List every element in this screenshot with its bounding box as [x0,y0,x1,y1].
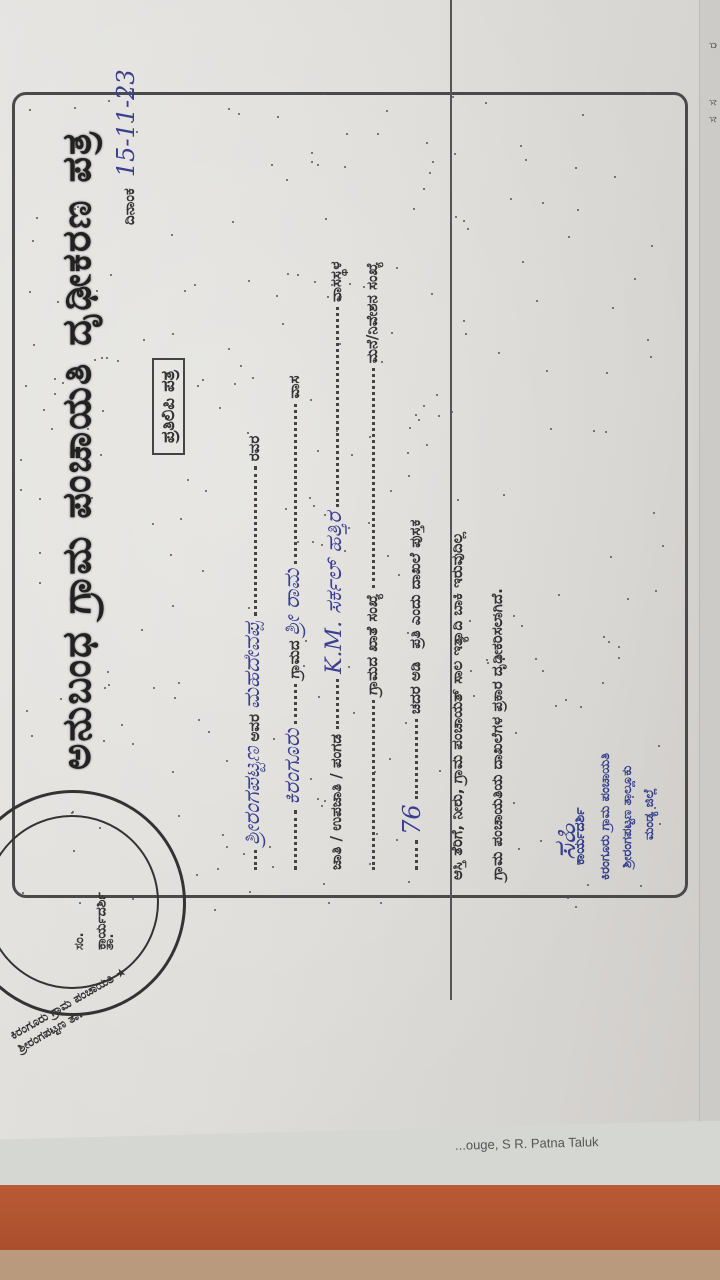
field-3-suffix: ವಾಸಸ್ಥಳ [327,261,345,302]
field-row-2: ಕಿರಂಗೂರು ಗ್ರಾಮದ ಶ್ರೀ ರಾಮ ವಾಸ [280,376,305,870]
field-2-suffix: ವಾಸ [285,376,303,399]
field-row-4: ಗ್ರಾಮದ ಖಾತೆ ಸಂಖ್ಯೆ ಮನೆ/ನಿವೇಶನ ಸಂಖ್ಯೆ [362,262,381,870]
orange-folder-edge [0,1185,720,1255]
field-row-5: 76 ಚದರ ಅಡಿ ಪ್ರತಿ ಎಂದು ದಾಖಲೆ ಪುಸ್ತಕ [398,520,426,870]
field-3-label: ಜಾತಿ / ಉಪಜಾತಿ / ಪಂಗಡ [327,734,345,870]
field-1-suffix: ರವರ [245,436,263,462]
field-row-1: ಶ್ರೀರಂಗಪಟ್ಟಣ ಅವರ ಮಹದೇವಪ್ಪ ರವರ [240,436,265,870]
date-row: ದಿನಾಂಕ 15-11-23 [112,69,140,225]
signature-office-line3: ಮಂಡ್ಯ ಜಿಲ್ಲೆ [642,788,657,840]
field-5-label: ಚದರ ಅಡಿ [406,662,424,714]
body-line-2: ಗ್ರಾಮ ಪಂಚಾಯತಿಯ ದಾಖಲೆಗಳ ಪ್ರಕಾರ ದೃಢೀಕರಿಸಲಾ… [488,588,506,880]
field-1-label: ಅವರ [245,714,263,741]
reference-no-label: ಸಂ. [72,932,87,950]
field-2-label: ಗ್ರಾಮದ [285,640,303,678]
adjacent-sheet-edge: ರ ಸ ಸ [699,0,720,1140]
date-value: 15-11-23 [112,69,140,177]
adjacent-sheet-char: ರ [705,42,720,48]
form-title: ಅನುಬಂಧ ಗ್ರಾಮ ಪಂಚಾಯತಿ ದೃಢೀಕರಣ ಪತ್ರ [54,130,100,770]
adjacent-sheet-char: ಸ [705,116,720,122]
date-label: ದಿನಾಂಕ [120,188,138,225]
field-5-value: 76 [398,804,426,835]
body-line-1: ಆಸ್ತಿ ತೆರಿಗೆ, ನೀರು, ಗ್ರಾಮ ಪಂಚಾಯತ್ ಸಾಲ ಇತ… [448,532,466,880]
copy-tag: ಪ್ರತಿಲಿಪಿ ಪತ್ರ [152,358,185,455]
field-2-prefix: ಕಿರಂಗೂರು [280,729,305,805]
field-2-value: ಶ್ರೀ ರಾಮ [280,569,305,636]
table-surface [0,1250,720,1280]
field-5-suffix: ಪ್ರತಿ ಎಂದು ದಾಖಲೆ ಪುಸ್ತಕ [406,520,424,649]
signature-office-line1: ಕಿರಂಗೂರು ಗ್ರಾಮ ಪಂಚಾಯತಿ [598,753,613,880]
field-3-value: K.M. ಸರ್ಕಲ್ ಹತ್ತಿರ [322,512,347,674]
signature-designation: ಕಾರ್ಯದರ್ಶಿ [572,808,588,865]
reference-taluk-label: ತಾ. [102,934,117,950]
field-1-prefix: ಶ್ರೀರಂಗಪಟ್ಟಣ [240,747,265,845]
adjacent-sheet-char: ಸ [705,99,720,105]
field-1-value: ಮಹದೇವಪ್ಪ [240,621,265,709]
field-4-label: ಗ್ರಾಮದ ಖಾತೆ ಸಂಖ್ಯೆ [363,593,381,694]
field-4-suffix: ಮನೆ/ನಿವೇಶನ ಸಂಖ್ಯೆ [363,262,381,364]
signature-office-line2: ಶ್ರೀರಂಗಪಟ್ಟಣ ತಾಲ್ಲೂಕು [620,766,635,868]
field-row-3: ಜಾತಿ / ಉಪಜಾತಿ / ಪಂಗಡ K.M. ಸರ್ಕಲ್ ಹತ್ತಿರ … [322,261,347,870]
